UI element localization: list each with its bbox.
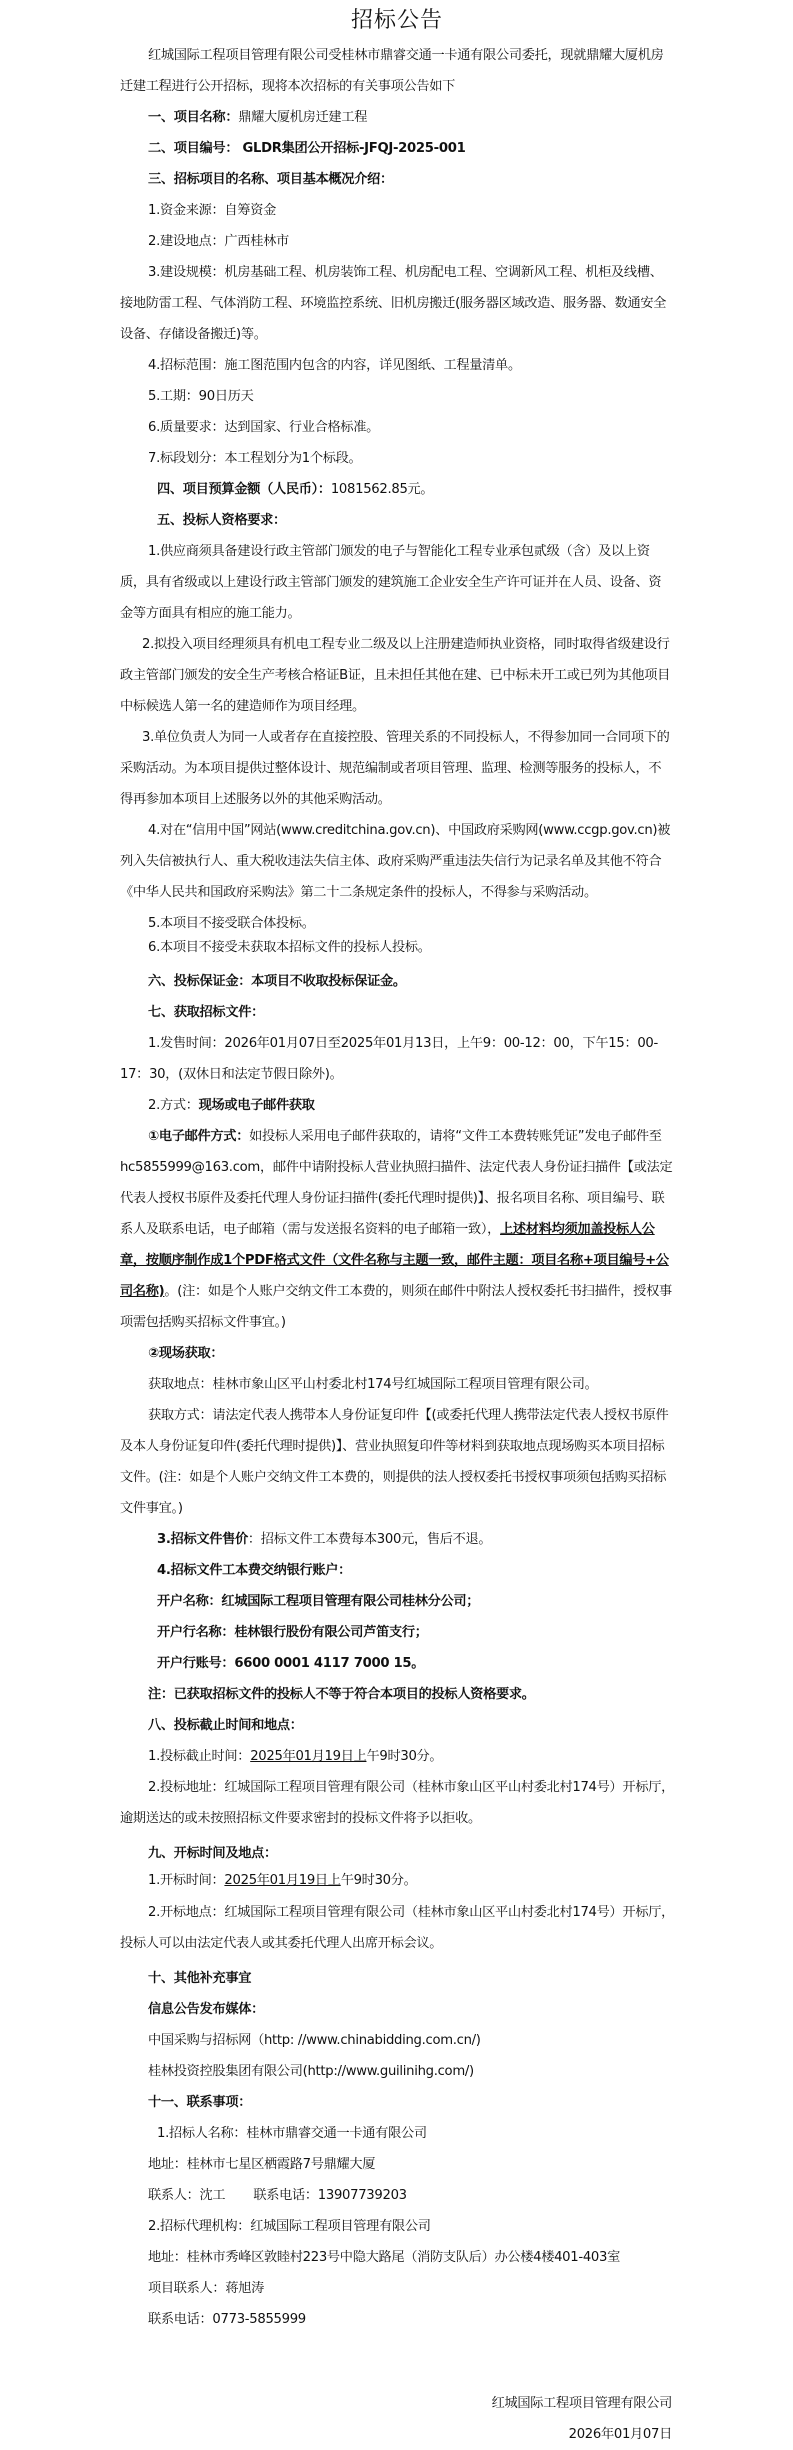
s3-item-4: 4.招标范围：施工图范围内包含的内容，详见图纸、工程量清单。 bbox=[120, 350, 674, 381]
section-1-label: 一、项目名称： bbox=[148, 110, 238, 125]
s7-bank-name: 开户行名称：桂林银行股份有限公司芦笛支行； bbox=[120, 1617, 674, 1648]
s9-time: 1.开标时间：2025年01月19日上午9时30分。 bbox=[120, 1869, 674, 1893]
s7-email-method: ①电子邮件方式：如投标人采用电子邮件获取的，请将“文件工本费转账凭证”发电子邮件… bbox=[120, 1121, 674, 1338]
section-4-value: 1081562.85元。 bbox=[331, 482, 433, 497]
s8-deadline-date: 2025年01月19日上 bbox=[250, 1749, 366, 1764]
signature-block: 红城国际工程项目管理有限公司 2026年01月07日 bbox=[420, 2388, 672, 2450]
s7-note: 注：已获取招标文件的投标人不等于符合本项目的投标人资格要求。 bbox=[120, 1679, 674, 1710]
s10-media-item-1: 中国采购与招标网（http: //www.chinabidding.com.cn… bbox=[120, 2025, 674, 2056]
s7-price-label: 3.招标文件售价 bbox=[157, 1532, 248, 1547]
s7-onsite-label: ②现场获取： bbox=[120, 1338, 674, 1369]
s7-account-name: 开户名称：红城国际工程项目管理有限公司桂林分公司； bbox=[120, 1586, 674, 1617]
signature-date: 2026年01月07日 bbox=[420, 2419, 672, 2450]
s5-item-1: 1.供应商须具备建设行政主管部门颁发的电子与智能化工程专业承包贰级（含）及以上资… bbox=[120, 536, 674, 629]
section-8-heading: 八、投标截止时间和地点： bbox=[120, 1710, 674, 1741]
section-4-label: 四、项目预算金额（人民币）： bbox=[157, 482, 331, 497]
section-11-heading: 十一、联系事项： bbox=[120, 2087, 674, 2118]
section-10-heading: 十、其他补充事宜 bbox=[120, 1963, 674, 1994]
s11-tenderer-contact: 联系人：沈工 bbox=[148, 2188, 225, 2203]
signature-company: 红城国际工程项目管理有限公司 bbox=[420, 2388, 672, 2419]
intro-paragraph: 红城国际工程项目管理有限公司受桂林市鼎睿交通一卡通有限公司委托，现就鼎耀大厦机房… bbox=[120, 40, 674, 102]
s11-tenderer-name: 1.招标人名称：桂林市鼎睿交通一卡通有限公司 bbox=[120, 2118, 674, 2149]
section-6-deposit: 六、投标保证金：本项目不收取投标保证金。 bbox=[120, 966, 674, 997]
section-2-project-number: 二、项目编号： GLDR集团公开招标-JFQJ-2025-001 bbox=[120, 133, 674, 164]
s7-email-label: ①电子邮件方式： bbox=[148, 1129, 249, 1144]
s3-item-3: 3.建设规模：机房基础工程、机房装饰工程、机房配电工程、空调新风工程、机柜及线槽… bbox=[120, 257, 674, 350]
section-1-project-name: 一、项目名称：鼎耀大厦机房迁建工程 bbox=[120, 102, 674, 133]
s11-agent-address: 地址：桂林市秀峰区敦睦村223号中隐大路尾（消防支队后）办公楼4楼401-403… bbox=[120, 2242, 674, 2273]
s7-account-number: 开户行账号：6600 0001 4117 7000 15。 bbox=[120, 1648, 674, 1679]
s11-tenderer-phone: 联系电话：13907739203 bbox=[253, 2188, 406, 2203]
s5-item-3: 3.单位负责人为同一人或者存在直接控股、管理关系的不同投标人，不得参加同一合同项… bbox=[120, 722, 674, 815]
s7-email-text-a: 如投标人采用电子邮件获取的，请将“文件工本费转账凭证”发电子邮件至hc58559… bbox=[120, 1129, 672, 1237]
section-3-heading: 三、招标项目的名称、项目基本概况介绍： bbox=[120, 164, 674, 195]
s9-place: 2.开标地点：红城国际工程项目管理有限公司（桂林市象山区平山村委北村174号）开… bbox=[120, 1897, 674, 1959]
s3-item-1: 1.资金来源：自筹资金 bbox=[120, 195, 674, 226]
s5-item-2: 2.拟投入项目经理须具有机电工程专业二级及以上注册建造师执业资格，同时取得省级建… bbox=[120, 629, 674, 722]
s9-time-date: 2025年01月19日上 bbox=[224, 1873, 340, 1888]
s9-time-suffix: 午9时30分。 bbox=[341, 1873, 417, 1888]
s7-price: 3.招标文件售价：招标文件工本费每本300元，售后不退。 bbox=[120, 1524, 674, 1555]
s5-item-5: 5.本项目不接受联合体投标。 bbox=[120, 912, 674, 936]
s8-deadline-prefix: 1.投标截止时间： bbox=[148, 1749, 250, 1764]
s11-agent-name: 2.招标代理机构：红城国际工程项目管理有限公司 bbox=[120, 2211, 674, 2242]
s7-method: 2.方式：现场或电子邮件获取 bbox=[120, 1090, 674, 1121]
section-5-heading: 五、投标人资格要求： bbox=[120, 505, 674, 536]
s7-method-label: 2.方式： bbox=[148, 1098, 199, 1113]
section-2-label: 二、项目编号： bbox=[148, 141, 238, 156]
s5-item-4: 4.对在“信用中国”网站(www.creditchina.gov.cn)、中国政… bbox=[120, 815, 674, 908]
announcement-document: 招标公告 红城国际工程项目管理有限公司受桂林市鼎睿交通一卡通有限公司委托，现就鼎… bbox=[120, 0, 674, 2335]
s3-item-2: 2.建设地点：广西桂林市 bbox=[120, 226, 674, 257]
s8-address: 2.投标地址：红城国际工程项目管理有限公司（桂林市象山区平山村委北村174号）开… bbox=[120, 1772, 674, 1834]
s5-item-6: 6.本项目不接受未获取本招标文件的投标人投标。 bbox=[120, 936, 674, 960]
s8-deadline: 1.投标截止时间：2025年01月19日上午9时30分。 bbox=[120, 1741, 674, 1772]
section-1-value: 鼎耀大厦机房迁建工程 bbox=[238, 110, 367, 125]
s8-deadline-suffix: 午9时30分。 bbox=[366, 1749, 442, 1764]
s7-method-value: 现场或电子邮件获取 bbox=[199, 1098, 315, 1113]
section-9-heading: 九、开标时间及地点： bbox=[120, 1838, 674, 1869]
section-7-heading: 七、获取招标文件： bbox=[120, 997, 674, 1028]
s7-price-value: ：招标文件工本费每本300元，售后不退。 bbox=[248, 1532, 491, 1547]
page-title: 招标公告 bbox=[120, 0, 674, 40]
section-2-value: GLDR集团公开招标-JFQJ-2025-001 bbox=[238, 141, 465, 156]
s7-email-text-b: 。(注：如是个人账户交纳文件工本费的，则须在邮件中附法人授权委托书扫描件，授权事… bbox=[120, 1284, 672, 1330]
s7-sale-time: 1.发售时间：2026年01月07日至2025年01月13日，上午9：00-12… bbox=[120, 1028, 674, 1090]
s7-onsite-method: 获取方式：请法定代表人携带本人身份证复印件【(或委托代理人携带法定代表人授权书原… bbox=[120, 1400, 674, 1524]
s10-media-item-2: 桂林投资控股集团有限公司(http://www.guilinihg.com/) bbox=[120, 2056, 674, 2087]
s3-item-6: 6.质量要求：达到国家、行业合格标准。 bbox=[120, 412, 674, 443]
s10-media-heading: 信息公告发布媒体： bbox=[120, 1994, 674, 2025]
s11-tenderer-contact-line: 联系人：沈工联系电话：13907739203 bbox=[120, 2180, 674, 2211]
s7-bank-heading: 4.招标文件工本费交纳银行账户： bbox=[120, 1555, 674, 1586]
s11-tenderer-address: 地址：桂林市七星区栖霞路7号鼎耀大厦 bbox=[120, 2149, 674, 2180]
s3-item-7: 7.标段划分：本工程划分为1个标段。 bbox=[120, 443, 674, 474]
s7-onsite-location: 获取地点：桂林市象山区平山村委北村174号红城国际工程项目管理有限公司。 bbox=[120, 1369, 674, 1400]
s11-agent-phone: 联系电话：0773-5855999 bbox=[120, 2304, 674, 2335]
s3-item-5: 5.工期：90日历天 bbox=[120, 381, 674, 412]
s9-time-prefix: 1.开标时间： bbox=[148, 1873, 224, 1888]
section-4-budget: 四、项目预算金额（人民币）：1081562.85元。 bbox=[120, 474, 674, 505]
s11-agent-contact: 项目联系人：蒋旭涛 bbox=[120, 2273, 674, 2304]
